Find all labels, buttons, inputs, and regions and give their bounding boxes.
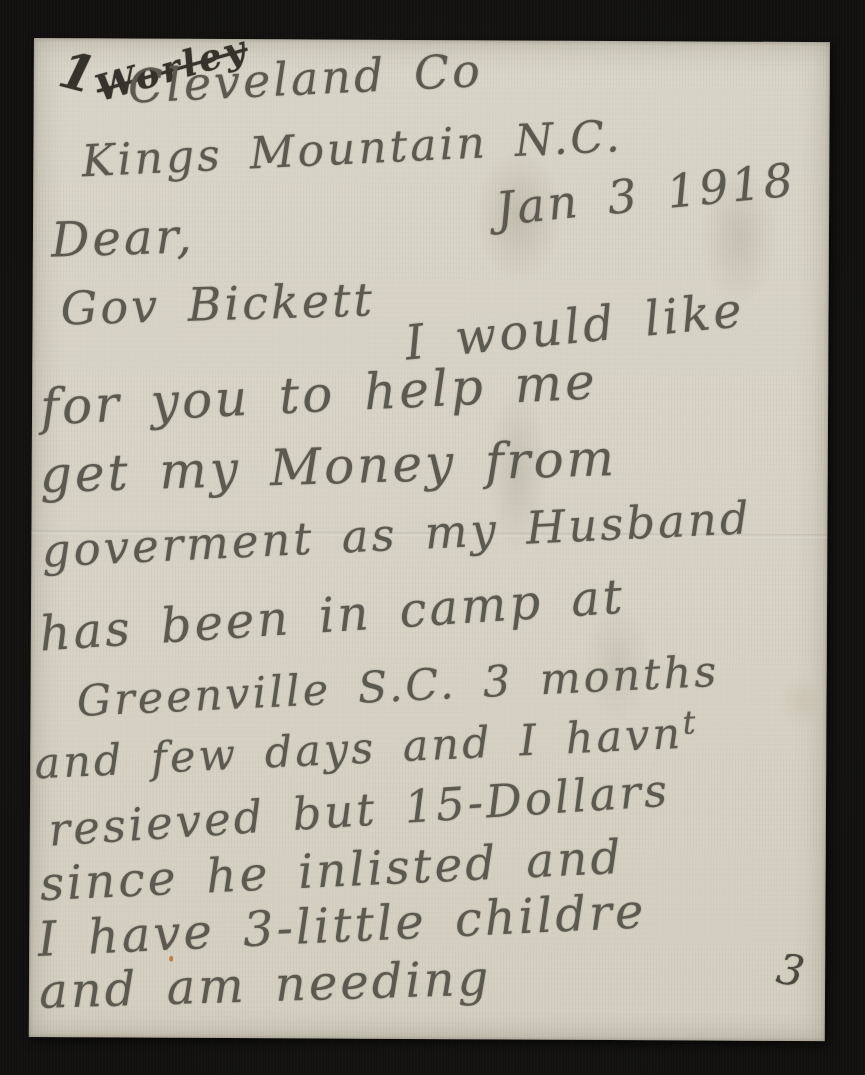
letter-line-body-3: get my Money from	[39, 433, 618, 500]
letter-line-body-11: and am needing	[38, 955, 492, 1016]
letter-paper: 1 Worley Cleveland Co Kings Mountain N.C…	[29, 38, 830, 1041]
letter-line-salutation: Dear,	[50, 212, 195, 264]
letter-line-body-5: has been in camp at	[38, 573, 626, 659]
letter-line-body-4: goverment as my Husband	[41, 495, 753, 573]
page-marker: 3	[774, 948, 811, 995]
letter-line-body-2: for you to help me	[39, 356, 598, 432]
superscript-t: t	[682, 703, 700, 742]
letter-line-town: Kings Mountain N.C.	[81, 115, 624, 184]
letter-line-date: Jan 3 1918	[494, 156, 798, 232]
letter-line-county: Cleveland Co	[127, 47, 484, 110]
photo-background: 1 Worley Cleveland Co Kings Mountain N.C…	[0, 0, 865, 1075]
letter-line-recipient: Gov Bickett	[60, 276, 376, 331]
